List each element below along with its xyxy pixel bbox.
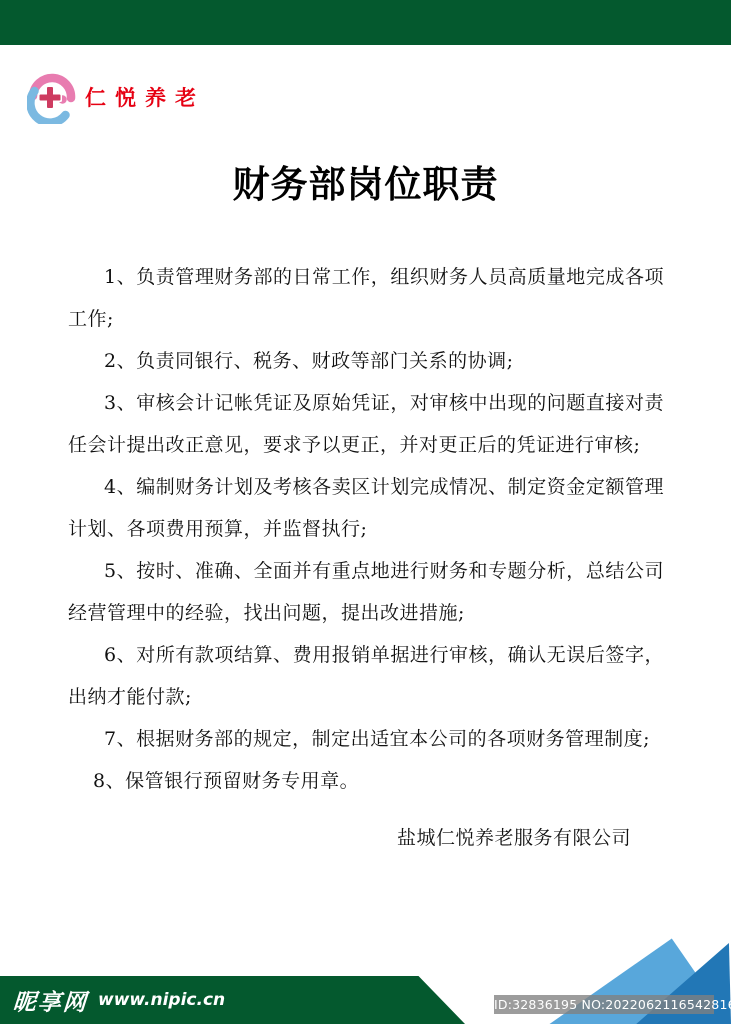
page-title: 财务部岗位职责: [0, 154, 731, 208]
responsibility-item: 2、负责同银行、税务、财政等部门关系的协调;: [68, 340, 664, 382]
company-logo-text: 仁悦养老: [85, 82, 205, 112]
document-page: 仁悦养老 财务部岗位职责 1、负责管理财务部的日常工作，组织财务人员高质量地完成…: [0, 0, 731, 1024]
watermark-id-badge: ID:32836195 NO:20220621165428167109: [494, 995, 714, 1014]
watermark-banner: 昵享网 www.nipic.cn: [0, 976, 465, 1024]
responsibility-item: 3、审核会计记帐凭证及原始凭证，对审核中出现的问题直接对责任会计提出改正意见，要…: [68, 382, 664, 466]
swirl-cross-logo-icon: [27, 70, 77, 124]
responsibility-item: 8、保管银行预留财务专用章。: [68, 760, 664, 802]
company-signature: 盐城仁悦养老服务有限公司: [0, 817, 731, 859]
responsibility-item: 6、对所有款项结算、费用报销单据进行审核，确认无误后签字，出纳才能付款;: [68, 634, 664, 718]
responsibility-list: 1、负责管理财务部的日常工作，组织财务人员高质量地完成各项工作; 2、负责同银行…: [68, 256, 664, 802]
responsibility-item: 1、负责管理财务部的日常工作，组织财务人员高质量地完成各项工作;: [68, 256, 664, 340]
top-green-band: [0, 0, 731, 45]
site-logo-text: 昵享网: [12, 984, 89, 1017]
site-url-text: www.nipic.cn: [98, 990, 225, 1010]
responsibility-item: 7、根据财务部的规定，制定出适宜本公司的各项财务管理制度;: [68, 718, 664, 760]
company-logo: 仁悦养老: [27, 70, 205, 124]
responsibility-item: 5、按时、准确、全面并有重点地进行财务和专题分析，总结公司经营管理中的经验，找出…: [68, 550, 664, 634]
responsibility-item: 4、编制财务计划及考核各卖区计划完成情况、制定资金定额管理计划、各项费用预算，并…: [68, 466, 664, 550]
